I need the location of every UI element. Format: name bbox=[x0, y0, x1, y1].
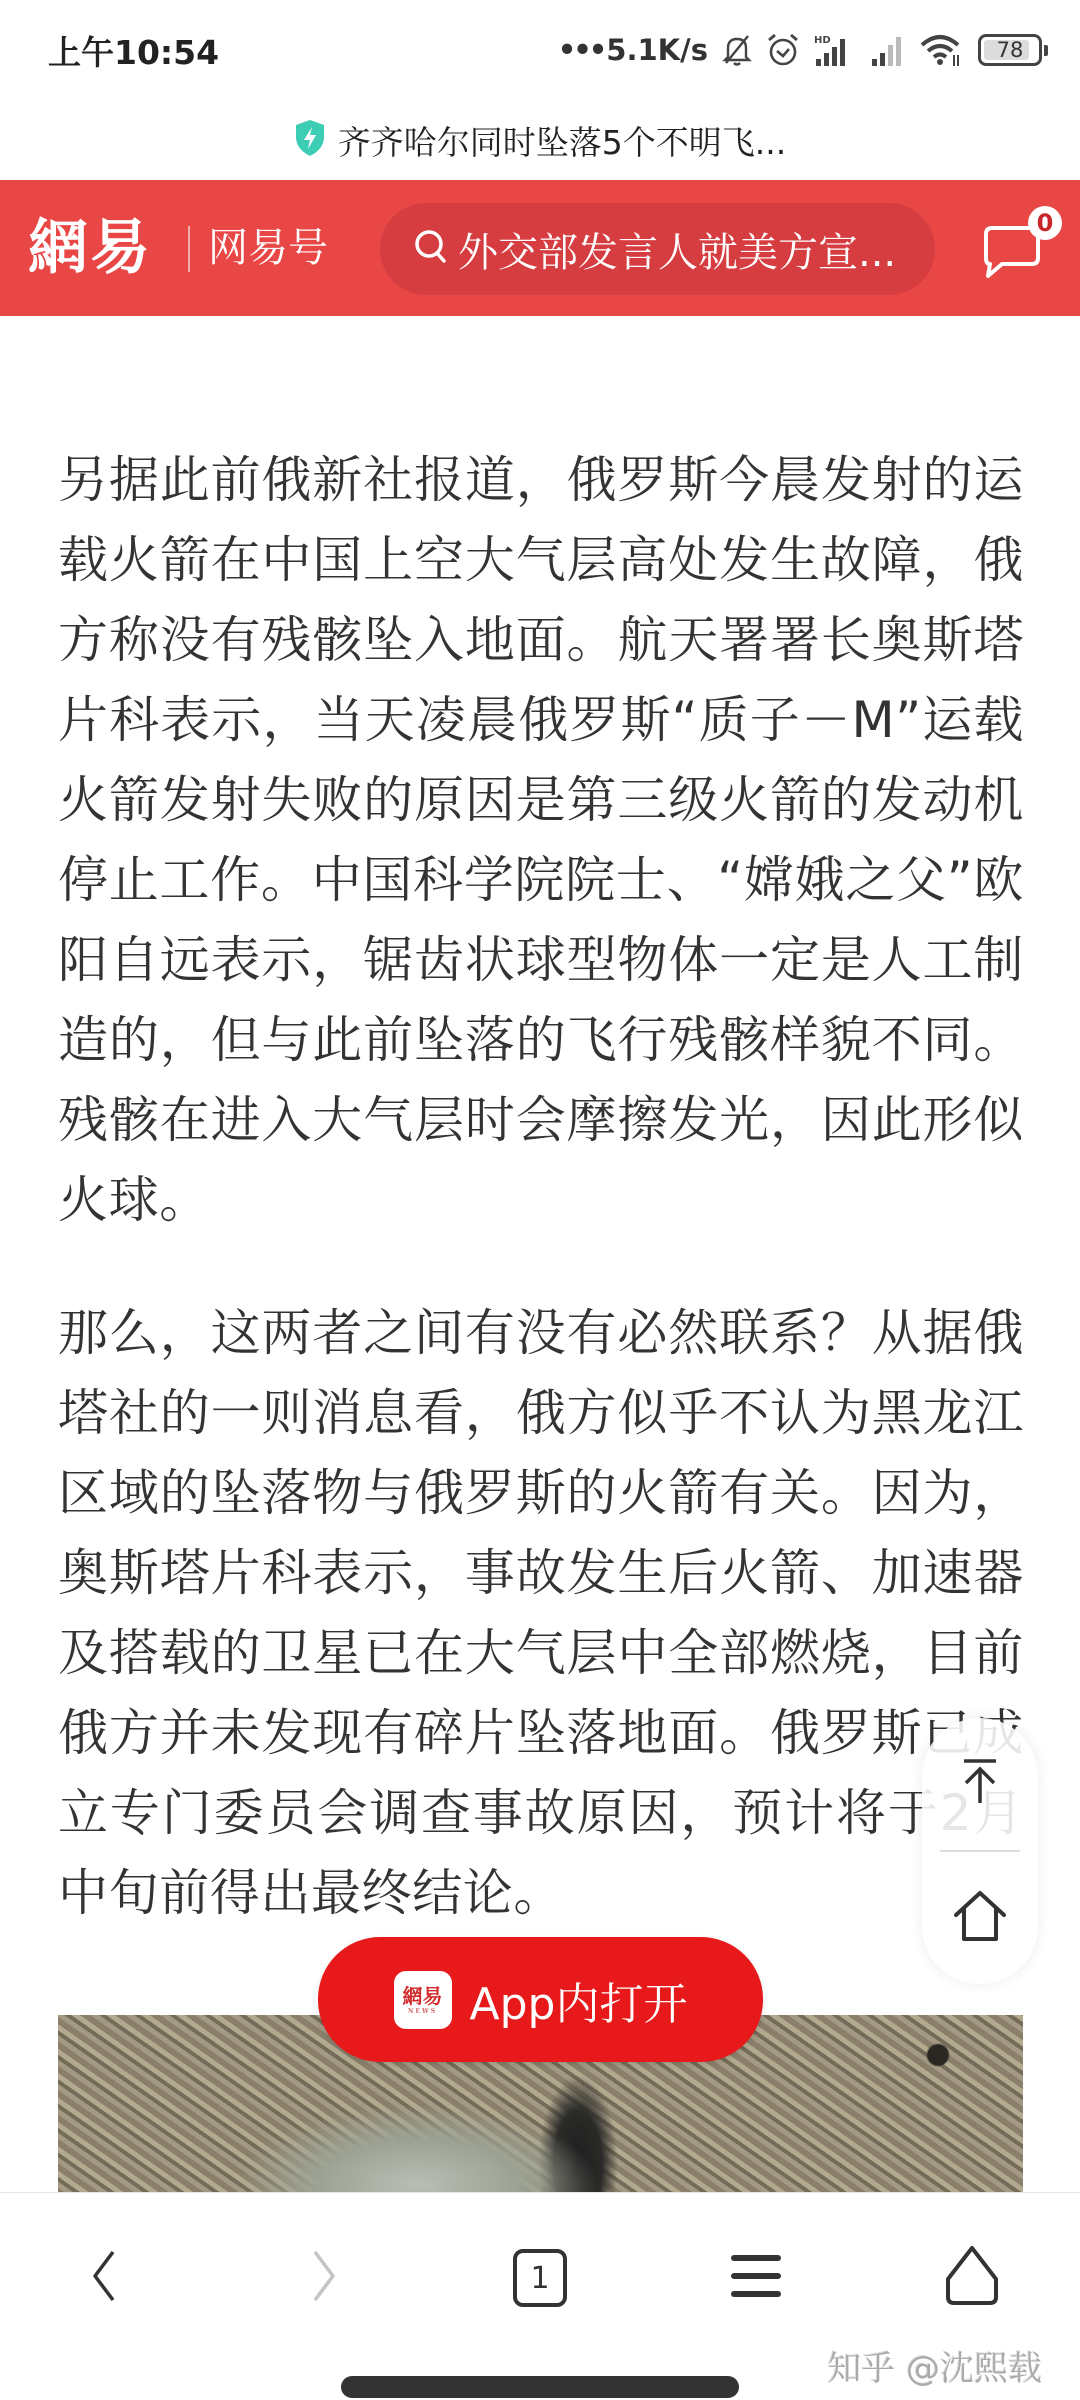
chevron-right-icon bbox=[309, 2248, 339, 2308]
status-icons: •••5.1K/s HD 78 bbox=[558, 32, 1042, 68]
search-bar[interactable]: 外交部发言人就美方宣... bbox=[380, 203, 935, 295]
hd-signal-icon: HD bbox=[814, 33, 856, 67]
search-icon bbox=[412, 227, 450, 271]
home-icon bbox=[944, 2245, 1000, 2311]
arrow-to-top-icon bbox=[958, 1757, 1002, 1811]
status-bar: 上午10:54 •••5.1K/s HD 78 bbox=[0, 0, 1080, 100]
signal-weak-icon bbox=[870, 33, 906, 67]
message-count-badge: 0 bbox=[1028, 206, 1062, 240]
article-paragraph: 另据此前俄新社报道，俄罗斯今晨发射的运载火箭在中国上空大气层高处发生故障，俄方称… bbox=[58, 440, 1024, 1240]
chevron-left-icon bbox=[89, 2248, 119, 2308]
open-in-app-button[interactable]: 網易 NEWS App内打开 bbox=[318, 1937, 763, 2062]
zhihu-watermark: 知乎 @沈熙载 bbox=[827, 2341, 1042, 2390]
home-icon bbox=[952, 1889, 1008, 1947]
home-button[interactable] bbox=[922, 2223, 1022, 2333]
browser-bottom-nav: 1 知乎 @沈熙载 bbox=[0, 2192, 1080, 2400]
shield-bolt-icon bbox=[294, 119, 326, 161]
page-title: 齐齐哈尔同时坠落5个不明飞... bbox=[338, 117, 786, 164]
forward-button[interactable] bbox=[274, 2223, 374, 2333]
svg-text:HD: HD bbox=[814, 35, 831, 46]
scroll-top-button[interactable] bbox=[922, 1718, 1038, 1850]
search-placeholder: 外交部发言人就美方宣... bbox=[458, 221, 896, 278]
more-dots-icon: ••• bbox=[558, 33, 605, 67]
logo-divider bbox=[188, 226, 190, 272]
float-home-button[interactable] bbox=[922, 1852, 1038, 1984]
tab-count-icon: 1 bbox=[513, 2249, 567, 2307]
article-body: 另据此前俄新社报道，俄罗斯今晨发射的运载火箭在中国上空大气层高处发生故障，俄方称… bbox=[58, 440, 1024, 1986]
netease-news-app-icon: 網易 NEWS bbox=[394, 1971, 452, 2029]
floating-toolbar bbox=[922, 1718, 1038, 1984]
wifi-icon bbox=[920, 33, 964, 67]
gesture-home-indicator[interactable] bbox=[341, 2376, 739, 2398]
screen: 上午10:54 •••5.1K/s HD 78 bbox=[0, 0, 1080, 2400]
alarm-icon bbox=[766, 32, 800, 68]
mute-bell-icon bbox=[722, 33, 752, 67]
battery-indicator: 78 bbox=[978, 34, 1042, 66]
status-time: 上午10:54 bbox=[48, 27, 219, 74]
messages-button[interactable]: 0 bbox=[980, 208, 1060, 288]
site-header: 網易 网易号 外交部发言人就美方宣... 0 bbox=[0, 180, 1080, 316]
article-paragraph: 那么，这两者之间有没有必然联系？从据俄塔社的一则消息看，俄方似乎不认为黑龙江区域… bbox=[58, 1293, 1024, 1933]
back-button[interactable] bbox=[54, 2223, 154, 2333]
network-speed: •••5.1K/s bbox=[558, 33, 708, 67]
hamburger-menu-icon bbox=[729, 2251, 783, 2305]
channel-label[interactable]: 网易号 bbox=[208, 218, 328, 278]
open-in-app-label: App内打开 bbox=[470, 1968, 688, 2032]
tabs-button[interactable]: 1 bbox=[490, 2223, 590, 2333]
page-title-bar: 齐齐哈尔同时坠落5个不明飞... bbox=[0, 100, 1080, 180]
netease-logo[interactable]: 網易 bbox=[28, 208, 152, 288]
menu-button[interactable] bbox=[706, 2223, 806, 2333]
